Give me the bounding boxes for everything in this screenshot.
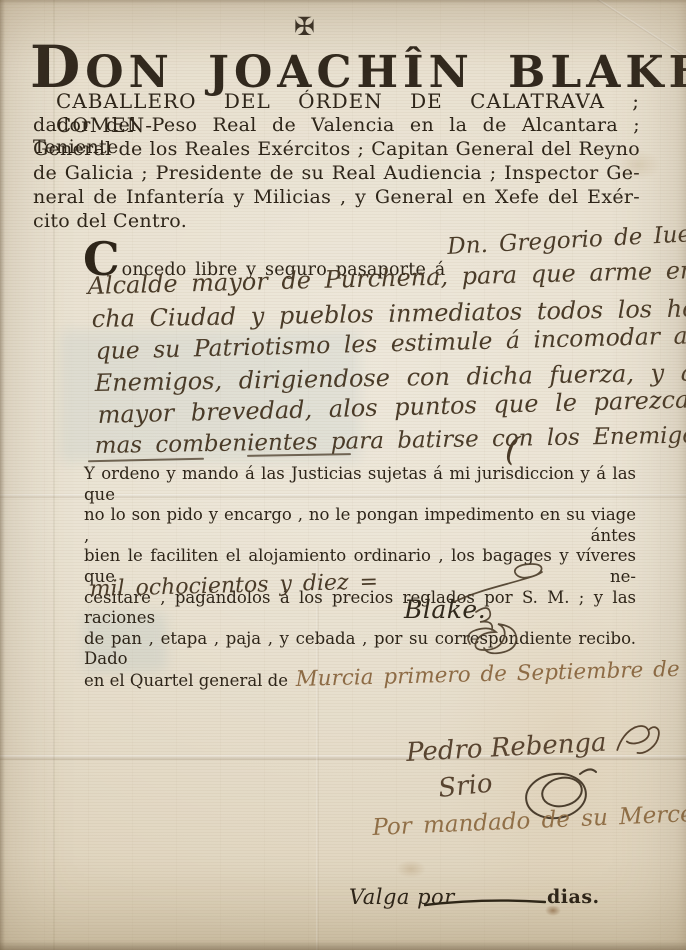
secretary-name-text: Pedro Rebenga [405,728,607,768]
dateline: en el Quartel general de Murcia primero … [84,670,636,692]
order-line: no lo son pido y encargo , no le pongan … [84,505,636,546]
paper-stain [396,860,426,878]
validity-days-label: dias. [547,886,600,908]
credentials-line: neral de Infantería y Milicias , y Gener… [33,186,640,208]
signature-rubric-icon [448,560,548,655]
handwritten-place-and-date: Murcia primero de Septiembre de [295,660,679,691]
paper-bottom-edge-shadow [0,941,686,950]
credentials-line: General de los Reales Exércitos ; Capita… [33,138,640,160]
handwritten-line: mas combenientes para batirse con los En… [95,422,686,459]
paper-top-edge-shadow [0,0,686,4]
paper-left-edge-shadow [0,0,5,950]
credentials-line: de Galicia ; Presidente de su Real Audie… [33,162,640,184]
order-line: Y ordeno y mando á las Justicias sujetas… [84,464,636,505]
secretary-flourish-icon [614,720,664,758]
handwritten-underline-stroke [247,453,351,457]
secretary-title-abbreviation: Srio [437,768,494,804]
document-page: ✠ DON JOACHÎN BLAKE, CABALLERO DEL ÓRDEN… [0,0,686,950]
secretary-signature: Pedro Rebenga [405,720,663,769]
validity-blank-line [424,896,546,908]
dateline-printed-text: en el Quartel general de [84,671,288,692]
